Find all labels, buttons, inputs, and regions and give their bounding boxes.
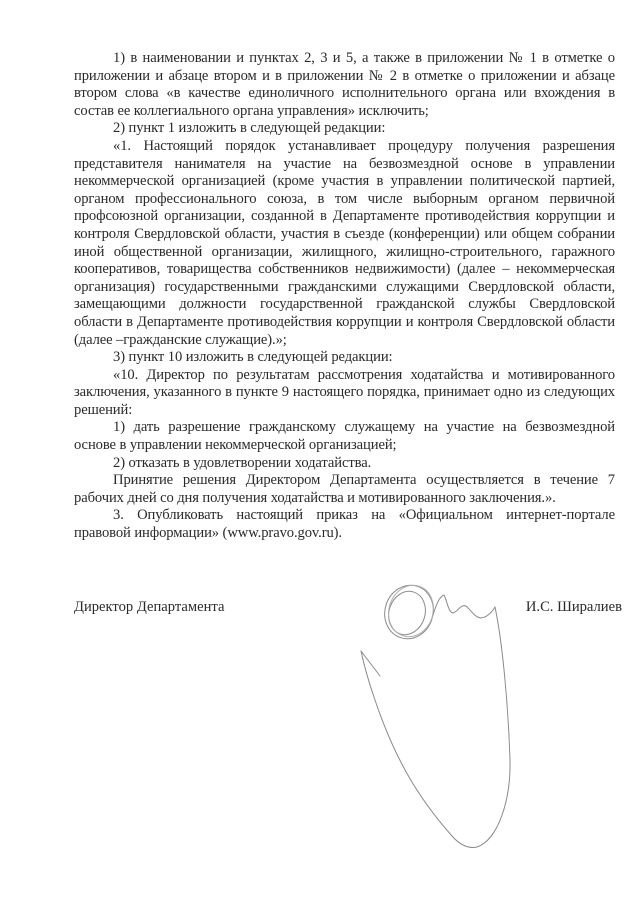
signer-position: Директор Департамента — [74, 599, 224, 617]
paragraph-decision-1: 1) дать разрешение гражданскому служащем… — [74, 419, 615, 454]
paragraph-decision-term: Принятие решения Директором Департамента… — [74, 472, 615, 507]
document-body: 1) в наименовании и пунктах 2, 3 и 5, а … — [74, 50, 615, 543]
signer-name: И.С. Ширалиев — [526, 599, 622, 617]
paragraph-amendment-2: 2) пункт 1 изложить в следующей редакции… — [74, 120, 615, 138]
paragraph-amendment-3: 3) пункт 10 изложить в следующей редакци… — [74, 349, 615, 367]
paragraph-amendment-1: 1) в наименовании и пунктах 2, 3 и 5, а … — [74, 50, 615, 120]
paragraph-publish: 3. Опубликовать настоящий приказ на «Офи… — [74, 507, 615, 542]
paragraph-decision-2: 2) отказать в удовлетворении ходатайства… — [74, 455, 615, 473]
paragraph-clause-1-text: «1. Настоящий порядок устанавливает проц… — [74, 138, 615, 349]
paragraph-clause-10-text: «10. Директор по результатам рассмотрени… — [74, 367, 615, 420]
